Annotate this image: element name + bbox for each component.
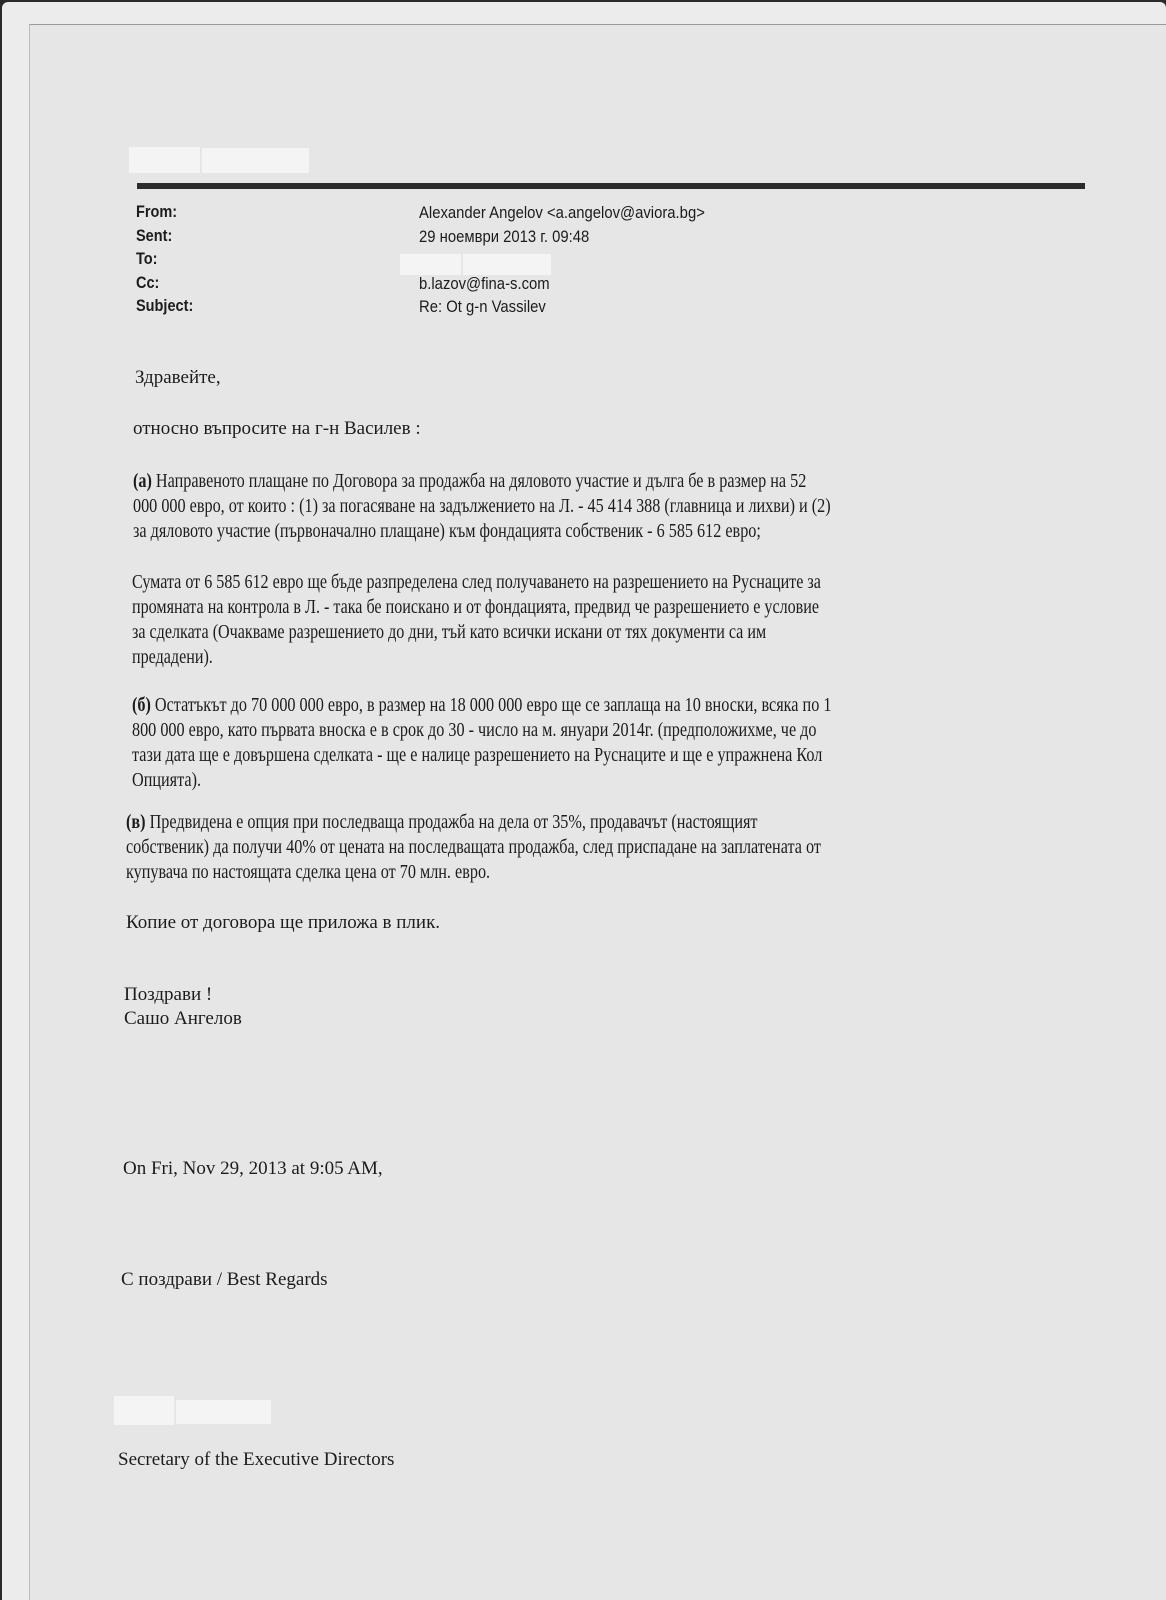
- from-value: Alexander Angelov <a.angelov@aviora.bg>: [419, 202, 797, 226]
- paragraph-c-line: купувача по настоящата сделка цена от 70…: [126, 860, 821, 885]
- paragraph-line: предадени).: [132, 645, 821, 670]
- redacted-signature-1: [114, 1396, 174, 1425]
- paragraph-a-line: за дяловото участие (първоначално плащан…: [133, 519, 831, 544]
- attachment-note: Копие от договора ще приложа в плик.: [126, 910, 440, 935]
- paragraph-b-line: тази дата ще е довършена сделката - ще е…: [132, 743, 831, 768]
- paragraph-c-marker: (в): [126, 812, 146, 833]
- redacted-name-top-1: [129, 147, 200, 173]
- paragraph-distribution: Сумата от 6 585 612 евро ще бъде разпред…: [132, 570, 821, 670]
- subject-label: Subject:: [136, 295, 312, 319]
- paragraph-line: за сделката (Очакваме разрешението до дн…: [132, 620, 821, 645]
- to-label: To:: [136, 248, 312, 272]
- cc-value: b.lazov@fina-s.com: [419, 273, 797, 297]
- regards: С поздрави / Best Regards: [121, 1267, 328, 1292]
- closing: Поздрави !: [124, 982, 212, 1007]
- scanned-page: From: Sent: To: Cc: Subject: Alexander A…: [29, 24, 1166, 1600]
- paragraph-b-line: Опцията).: [132, 768, 831, 793]
- paragraph-b-marker: (б): [132, 695, 151, 716]
- paragraph-a-marker: (а): [133, 471, 152, 492]
- paragraph-a: (а) Направеното плащане по Договора за п…: [133, 469, 831, 544]
- from-label: From:: [136, 201, 312, 225]
- paragraph-line: промяната на контрола в Л. - така бе пои…: [132, 595, 821, 620]
- paragraph-c-line: Предвидена е опция при последваща продаж…: [146, 812, 758, 833]
- paragraph-b: (б) Остатъкът до 70 000 000 евро, в разм…: [132, 693, 831, 793]
- redacted-signature-2: [176, 1400, 271, 1424]
- paragraph-a-line: Направеното плащане по Договора за прода…: [152, 471, 806, 492]
- signature-name: Сашо Ангелов: [124, 1006, 242, 1031]
- paragraph-c-line: собственик) да получи 40% от цената на п…: [126, 835, 821, 860]
- greeting: Здравейте,: [135, 365, 221, 390]
- redacted-name-top-2: [202, 148, 309, 173]
- sent-value: 29 ноември 2013 г. 09:48: [419, 226, 797, 250]
- quoted-intro: On Fri, Nov 29, 2013 at 9:05 AM,: [123, 1156, 383, 1181]
- intro-line: относно въпросите на г-н Василев :: [133, 416, 421, 441]
- redacted-recipient-1: [400, 254, 461, 275]
- header-divider: [137, 183, 1085, 189]
- paragraph-line: Сумата от 6 585 612 евро ще бъде разпред…: [132, 570, 821, 595]
- signature-title: Secretary of the Executive Directors: [118, 1447, 394, 1472]
- sent-label: Sent:: [136, 225, 312, 249]
- paragraph-b-line: Остатъкът до 70 000 000 евро, в размер н…: [151, 695, 832, 716]
- paragraph-a-line: 000 000 евро, от които : (1) за погасява…: [133, 494, 831, 519]
- cc-label: Cc:: [136, 272, 312, 296]
- paragraph-b-line: 800 000 евро, като първата вноска е в ср…: [132, 718, 831, 743]
- subject-value: Re: Ot g-n Vassilev: [419, 296, 797, 320]
- redacted-recipient-2: [463, 254, 551, 275]
- paragraph-c: (в) Предвидена е опция при последваща пр…: [126, 810, 821, 885]
